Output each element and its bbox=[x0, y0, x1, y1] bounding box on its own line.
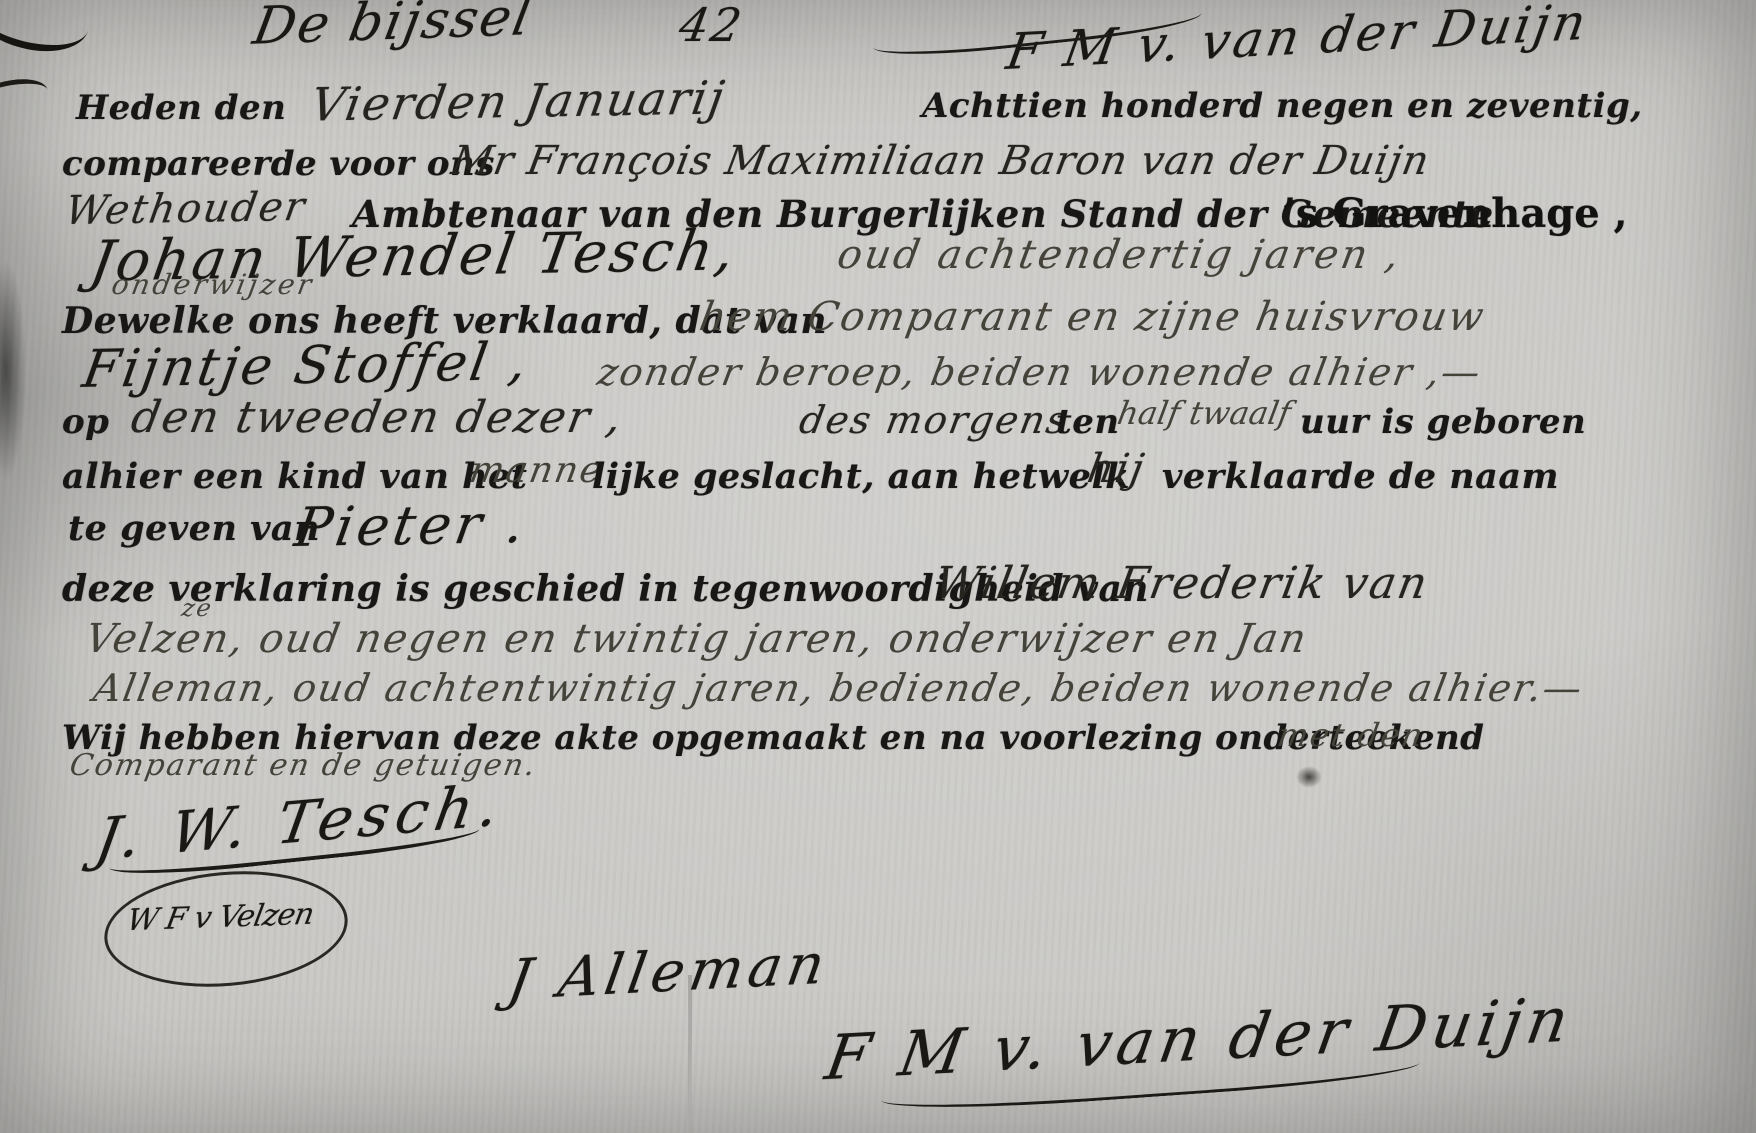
line-date: Heden den Vierden Januarij Achttien hond… bbox=[0, 80, 1756, 144]
hand-mother-name: Fijntje Stoffel , bbox=[79, 332, 534, 400]
hand-comparant-huisvrouw: hem Comparant en zijne huisvrouw bbox=[696, 294, 1489, 340]
line-child-name: te geven van Pieter . bbox=[0, 500, 1756, 564]
printed-lijke-geslacht: lijke geslacht, aan hetwelk bbox=[592, 456, 1130, 497]
hand-mother-rest: zonder beroep, beiden wonende alhier ,— bbox=[594, 350, 1485, 394]
printed-year: Achttien honderd negen en zeventig, bbox=[922, 86, 1643, 126]
printed-verklaarde-naam: verklaarde de naam bbox=[1162, 456, 1559, 497]
birth-certificate-scan: De bijssel 42 F M v. van der Duijn Heden… bbox=[0, 0, 1756, 1133]
printed-alhier-kind: alhier een kind van het bbox=[62, 456, 527, 497]
hand-des-morgens: des morgens bbox=[796, 398, 1072, 442]
hand-birth-day: den tweeden dezer , bbox=[128, 392, 628, 443]
signature-witness1: W F v Velzen bbox=[124, 897, 316, 938]
printed-compareerde: compareerde voor ons bbox=[62, 144, 495, 184]
printed-te-geven-van: te geven van bbox=[68, 508, 320, 549]
hand-witness2-line: Alleman, oud achtentwintig jaren, bedien… bbox=[90, 666, 1587, 710]
printed-ten: ten bbox=[1056, 402, 1120, 442]
printed-op: op bbox=[62, 402, 109, 442]
printed-heden-den: Heden den bbox=[76, 88, 286, 128]
printed-uur-is-geboren: uur is geboren bbox=[1300, 402, 1586, 442]
signature-registrar-row: F M v. van der Duijn bbox=[0, 1002, 1756, 1066]
hand-half-twaalf: half twaalf bbox=[1115, 394, 1294, 432]
hand-child-name: Pieter . bbox=[291, 492, 533, 559]
hand-witness1-rest: Velzen, oud negen en twintig jaren, onde… bbox=[82, 616, 1312, 662]
hand-day-month: Vierden Januarij bbox=[307, 70, 730, 131]
hand-manne: manne bbox=[466, 450, 607, 491]
hand-hij: hij bbox=[1084, 446, 1149, 492]
hand-registrar-name: Mr François Maximiliaan Baron van der Du… bbox=[448, 138, 1433, 184]
